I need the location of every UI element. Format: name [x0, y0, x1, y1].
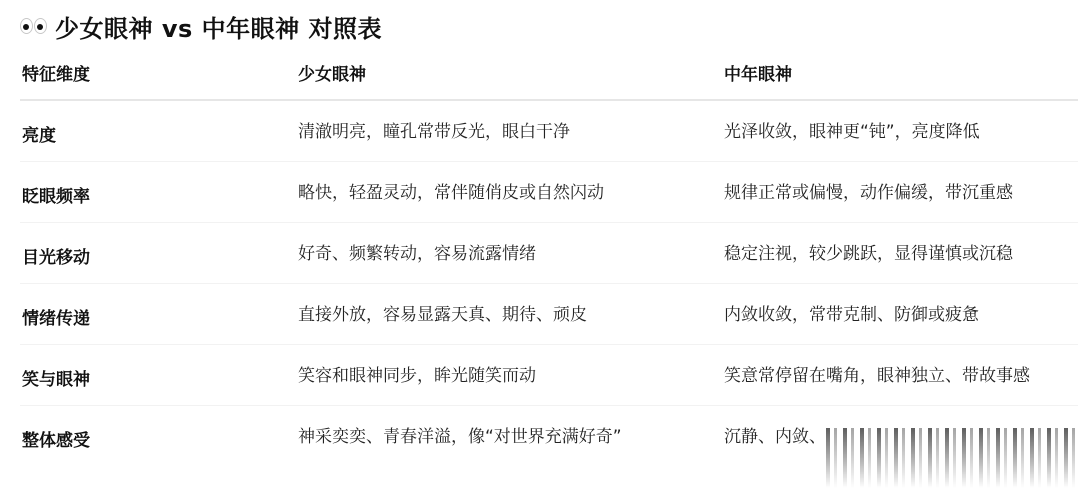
row-dimension: 情绪传递: [20, 283, 298, 344]
row-young-eyes: 直接外放，容易显露天真、期待、顽皮: [298, 283, 724, 344]
row-middle-aged-eyes-text: 沉静、内敛、: [724, 427, 826, 447]
image-smear-artifact: [826, 428, 1076, 488]
row-young-eyes: 略快，轻盈灵动，常伴随俏皮或自然闪动: [298, 161, 724, 222]
row-middle-aged-eyes: 光泽收敛，眼神更“钝”，亮度降低: [724, 100, 1078, 161]
row-middle-aged-eyes: 规律正常或偏慢，动作偏缓，带沉重感: [724, 161, 1078, 222]
table-row: 情绪传递 直接外放，容易显露天真、期待、顽皮 内敛收敛，常带克制、防御或疲惫: [20, 283, 1078, 344]
table-row: 笑与眼神 笑容和眼神同步，眸光随笑而动 笑意常停留在嘴角，眼神独立、带故事感: [20, 344, 1078, 405]
row-dimension: 亮度: [20, 100, 298, 161]
eyes-emoji-icon: [20, 18, 47, 34]
row-middle-aged-eyes: 沉静、内敛、: [724, 405, 1078, 488]
table-row: 眨眼频率 略快，轻盈灵动，常伴随俏皮或自然闪动 规律正常或偏慢，动作偏缓，带沉重…: [20, 161, 1078, 222]
table-row: 整体感受 神采奕奕、青春洋溢，像“对世界充满好奇” 沉静、内敛、: [20, 405, 1078, 488]
row-dimension: 目光移动: [20, 222, 298, 283]
header-dimension: 特征维度: [20, 54, 298, 100]
row-young-eyes: 好奇、频繁转动，容易流露情绪: [298, 222, 724, 283]
row-young-eyes: 笑容和眼神同步，眸光随笑而动: [298, 344, 724, 405]
eye-left-icon: [20, 18, 33, 34]
header-young-eyes: 少女眼神: [298, 54, 724, 100]
row-dimension: 眨眼频率: [20, 161, 298, 222]
table-row: 亮度 清澈明亮，瞳孔常带反光，眼白干净 光泽收敛，眼神更“钝”，亮度降低: [20, 100, 1078, 161]
row-middle-aged-eyes: 笑意常停留在嘴角，眼神独立、带故事感: [724, 344, 1078, 405]
row-young-eyes: 神采奕奕、青春洋溢，像“对世界充满好奇”: [298, 405, 724, 488]
row-young-eyes: 清澈明亮，瞳孔常带反光，眼白干净: [298, 100, 724, 161]
comparison-table: 特征维度 少女眼神 中年眼神 亮度 清澈明亮，瞳孔常带反光，眼白干净 光泽收敛，…: [20, 54, 1078, 488]
page-title-text: 少女眼神 vs 中年眼神 对照表: [55, 9, 382, 44]
row-dimension: 整体感受: [20, 405, 298, 488]
header-middle-aged-eyes: 中年眼神: [724, 54, 1078, 100]
row-dimension: 笑与眼神: [20, 344, 298, 405]
row-middle-aged-eyes: 内敛收敛，常带克制、防御或疲惫: [724, 283, 1078, 344]
eye-right-icon: [34, 18, 47, 34]
table-row: 目光移动 好奇、频繁转动，容易流露情绪 稳定注视，较少跳跃，显得谨慎或沉稳: [20, 222, 1078, 283]
page-title: 少女眼神 vs 中年眼神 对照表: [20, 8, 382, 44]
row-middle-aged-eyes: 稳定注视，较少跳跃，显得谨慎或沉稳: [724, 222, 1078, 283]
table-header-row: 特征维度 少女眼神 中年眼神: [20, 54, 1078, 100]
